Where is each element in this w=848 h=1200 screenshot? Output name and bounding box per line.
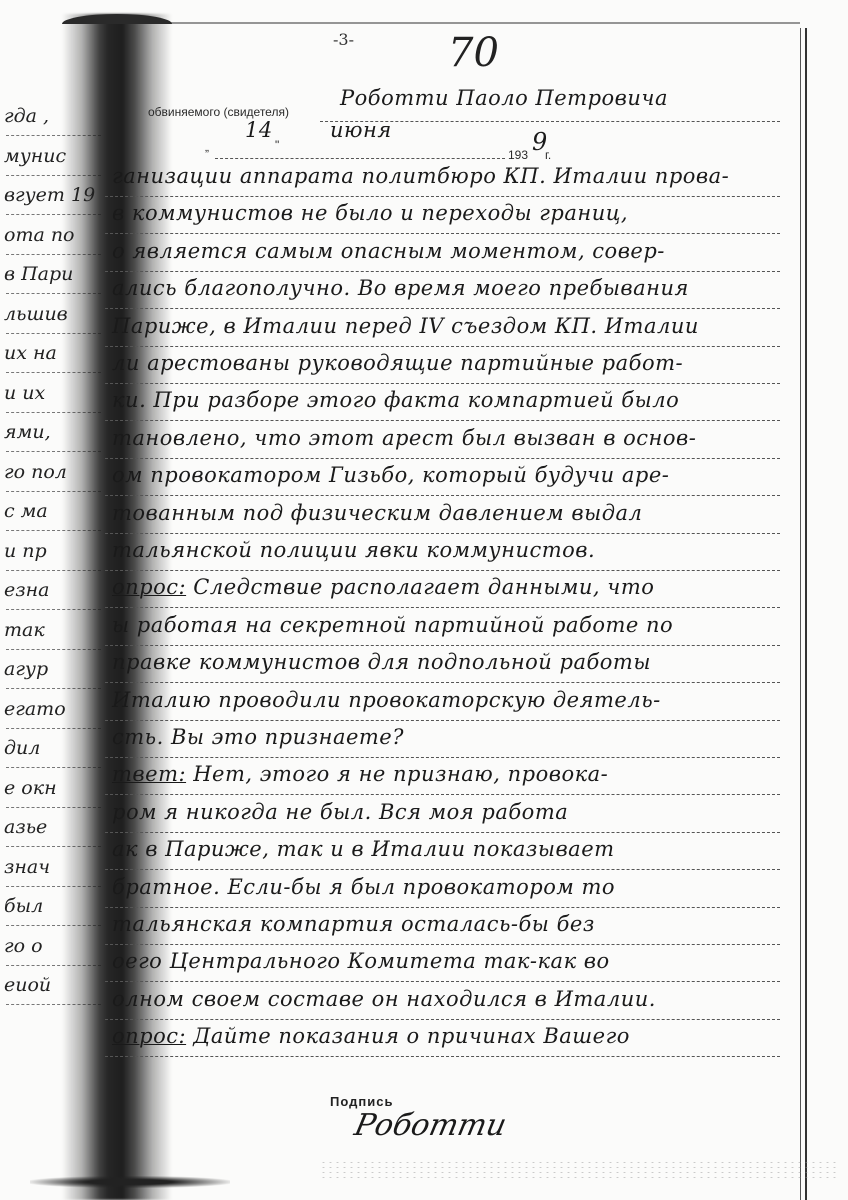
testimony-line: в коммунистов не было и переходы границ, — [112, 201, 628, 225]
ruled-line — [105, 533, 780, 534]
ruled-line — [105, 308, 780, 309]
testimony-line: ганизации аппарата политбюро КП. Италии … — [112, 164, 729, 188]
accused-name: Роботти Паоло Петровича — [340, 86, 668, 110]
year-suffix: г. — [545, 148, 551, 162]
frame-top-border — [160, 22, 800, 24]
accused-label: обвиняемого (свидетеля) — [148, 105, 289, 119]
ruled-line — [105, 495, 780, 496]
testimony-line: тальянская компартия осталась-бы без — [112, 912, 595, 936]
testimony-line: тановлено, что этот арест был вызван в о… — [112, 426, 696, 450]
ruled-line — [105, 757, 780, 758]
date-day: 14 — [245, 118, 273, 142]
ruled-line — [105, 196, 780, 197]
ruled-line — [105, 907, 780, 908]
scan-speckle — [320, 1160, 840, 1180]
ruled-line — [105, 944, 780, 945]
date-open-quote: „ — [205, 140, 209, 154]
date-month: июня — [330, 118, 392, 142]
ruled-line — [105, 1056, 780, 1057]
testimony-line: ались благополучно. Во время моего пребы… — [112, 276, 689, 300]
ruled-line — [105, 869, 780, 870]
date-close-quote: " — [275, 138, 279, 152]
testimony-line: опрос: Дайте показания о причинах Вашего — [112, 1024, 630, 1048]
ruled-line — [105, 420, 780, 421]
binding-spine-bottom — [30, 1176, 230, 1188]
ruled-line — [105, 607, 780, 608]
testimony-line: тальянской полиции явки коммунистов. — [112, 538, 595, 562]
testimony-line: сть. Вы это признаете? — [112, 725, 404, 749]
testimony-line: Италию проводили провокаторскую деятель- — [112, 688, 661, 712]
ruled-line — [105, 271, 780, 272]
testimony-line: ак в Париже, так и в Италии показывает — [112, 837, 615, 861]
ruled-line — [105, 346, 780, 347]
ruled-line — [105, 682, 780, 683]
testimony-line: опрос: Следствие располагает данными, чт… — [112, 575, 654, 599]
date-rule — [215, 158, 505, 159]
testimony-line: о является самым опасным моментом, совер… — [112, 239, 665, 263]
ruled-line — [105, 570, 780, 571]
frame-right-border — [800, 28, 807, 1200]
ruled-line — [105, 981, 780, 982]
folio-number: 70 — [448, 30, 499, 76]
ruled-line — [105, 458, 780, 459]
year-prefix: 193 — [508, 148, 528, 162]
testimony-line: правке коммунистов для подпольной работы — [112, 650, 651, 674]
ruled-line — [105, 233, 780, 234]
interrogation-protocol-page: гда ,мунисвгует 19ота пов Парильшивих на… — [0, 0, 848, 1200]
testimony-line: олном своем составе он находился в Итали… — [112, 987, 656, 1011]
testimony-line: ы работая на секретной партийной работе … — [112, 613, 673, 637]
testimony-line: ли арестованы руководящие партийные рабо… — [112, 351, 683, 375]
ruled-line — [105, 1019, 780, 1020]
ruled-line — [105, 720, 780, 721]
testimony-line: ром я никогда не был. Вся моя работа — [112, 800, 568, 824]
testimony-line: ом провокатором Гизьбо, который будучи а… — [112, 463, 669, 487]
page-marker: -3- — [333, 30, 354, 49]
ruled-line — [105, 383, 780, 384]
ruled-line — [105, 832, 780, 833]
testimony-line: оего Центрального Комитета так-как во — [112, 949, 610, 973]
ruled-line — [105, 645, 780, 646]
signature: Роботти — [351, 1108, 509, 1143]
signature-label: Подпись — [330, 1094, 393, 1109]
testimony-line: твет: Нет, этого я не признаю, провока- — [112, 762, 608, 786]
testimony-line: братное. Если-бы я был провокатором то — [112, 875, 615, 899]
testimony-line: ки. При разборе этого факта компартией б… — [112, 388, 679, 412]
ruled-line — [105, 794, 780, 795]
testimony-line: тованным под физическим давлением выдал — [112, 501, 642, 525]
testimony-line: Париже, в Италии перед IV съездом КП. Ит… — [112, 314, 699, 338]
